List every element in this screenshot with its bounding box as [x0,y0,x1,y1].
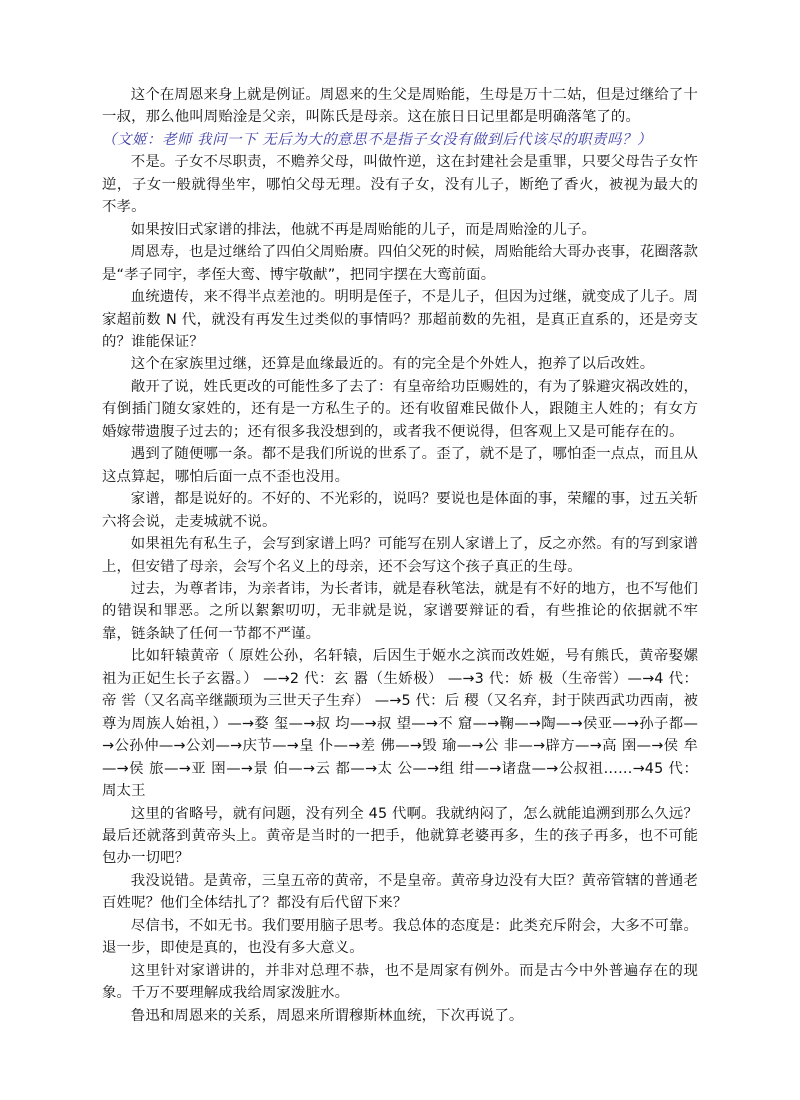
paragraph-huangdi-clarification: 我没说错。是黄帝，三皇五帝的黄帝，不是皇帝。黄帝身边没有大臣？黄帝管辖的普通老百… [102,870,698,915]
paragraph-surname-changes: 敞开了说，姓氏更改的可能性多了去了：有皇帝给功臣赐姓的，有为了躲避灾祸改姓的，有… [102,376,698,443]
paragraph-ellipsis-question: 这里的省略号，就有问题，没有列全 45 代啊。我就纳闷了，怎么就能追溯到那么久远… [102,803,698,870]
paragraph-illegitimate-children: 如果祖先有私生子，会写到家谱上吗？可能写在别人家谱上了，反之亦然。有的写到家谱上… [102,533,698,578]
paragraph-disclaimer: 这里针对家谱讲的，并非对总理不恭，也不是周家有例外。而是古今中外普遍存在的现象。… [102,960,698,1005]
paragraph-genealogy-good-only: 家谱，都是说好的。不好的、不光彩的，说吗？要说也是体面的事，荣耀的事，过五关斩六… [102,488,698,533]
paragraph-answer-filial-duty: 不是。子女不尽职责，不赡养父母，叫做忤逆，这在封建社会是重罪，只要父母告子女忤逆… [102,151,698,218]
paragraph-closing: 鲁迅和周恩来的关系，周恩来所谓穆斯林血统，下次再说了。 [102,1005,698,1027]
paragraph-huangdi-lineage: 比如轩辕黄帝（ 原姓公孙，名轩辕，后因生于姬水之滨而改姓姬，号有熊氏，黄帝娶嫘祖… [102,645,698,802]
paragraph-lineage-broken: 遇到了随便哪一条。都不是我们所说的世系了。歪了，就不是了，哪怕歪一点点，而且从这… [102,443,698,488]
paragraph-genealogy-ordering: 如果按旧式家谱的排法，他就不再是周贻能的儿子，而是周贻淦的儿子。 [102,219,698,241]
document-page: 这个在周恩来身上就是例证。周恩来的生父是周贻能，生母是万十二姑，但是过继给了十一… [102,84,698,1027]
paragraph-clan-adoption: 这个在家族里过继，还算是血缘最近的。有的完全是个外姓人，抱养了以后改姓。 [102,353,698,375]
paragraph-zhou-enshou: 周恩寿，也是过继给了四伯父周贻赓。四伯父死的时候，周贻能给大哥办丧事，花圈落款是… [102,241,698,286]
paragraph-taboo-writing: 过去，为尊者讳，为亲者讳，为长者讳，就是春秋笔法，就是有不好的地方，也不写他们的… [102,578,698,645]
paragraph-adoption-example: 这个在周恩来身上就是例证。周恩来的生父是周贻能，生母是万十二姑，但是过继给了十一… [102,84,698,129]
reader-question: （文姬：老师 我问一下 无后为大的意思不是指子女没有做到后代该尽的职责吗？） [102,129,698,151]
paragraph-skepticism: 尽信书，不如无书。我们要用脑子思考。我总体的态度是：此类充斥附会，大多不可靠。退… [102,915,698,960]
paragraph-bloodline: 血统遗传，来不得半点差池的。明明是侄子，不是儿子，但因为过继，就变成了儿子。周家… [102,286,698,353]
